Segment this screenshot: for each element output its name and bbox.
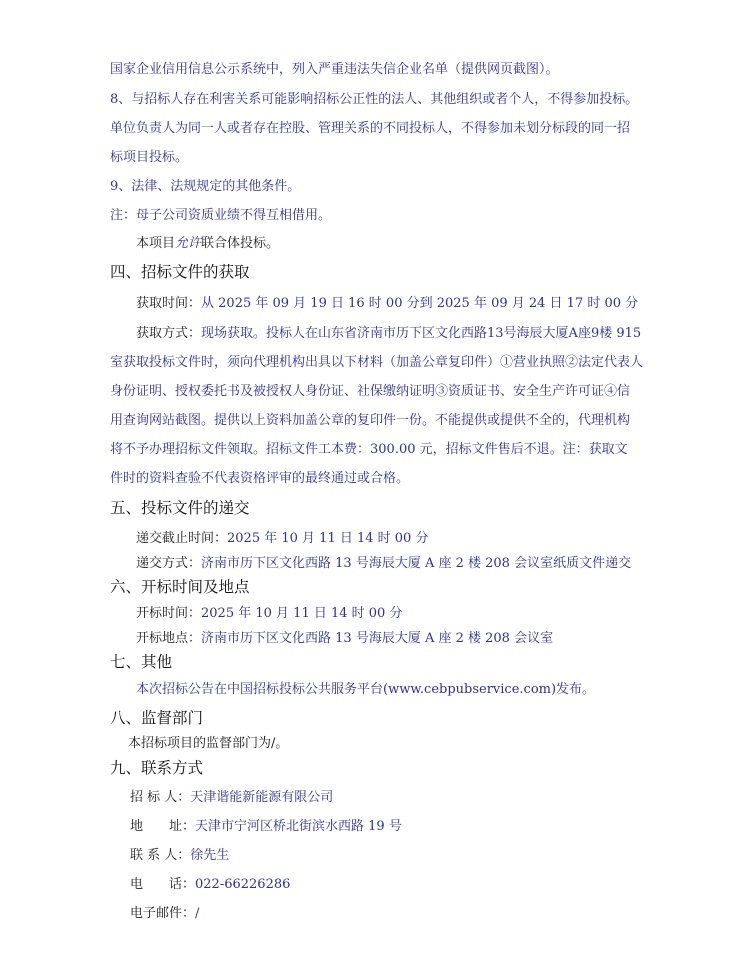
section-5-title: 五、投标文件的递交 (110, 498, 250, 518)
acquire-time: 获取时间：从 2025 年 09 月 19 日 16 时 00 分到 2025 … (136, 296, 638, 312)
acquire-method-line-2: 室获取投标文件时，须向代理机构出具以下材料（加盖公章复印件）①营业执照②法定代表… (110, 355, 643, 371)
note-line: 注：母子公司资质业绩不得互相借用。 (110, 208, 331, 224)
contact-person: 联 系 人：徐先生 (130, 848, 229, 864)
consortium-prefix: 本项目 (136, 236, 175, 251)
contact-value: 徐先生 (190, 848, 229, 863)
opening-place-value: 济南市历下区文化西路 13 号海辰大厦 A 座 2 楼 208 会议室 (201, 631, 553, 646)
opening-place: 开标地点：济南市历下区文化西路 13 号海辰大厦 A 座 2 楼 208 会议室 (136, 631, 553, 647)
contact-tenderer: 招 标 人：天津谐能新能源有限公司 (130, 790, 333, 806)
contact-value: / (195, 906, 199, 921)
publication-notice: 本次招标公告在中国招标投标公共服务平台(www.cebpubservice.co… (136, 682, 595, 698)
contact-value: 022-66226286 (195, 877, 290, 892)
contact-label: 联 系 人： (130, 848, 190, 863)
submit-method-label: 递交方式： (136, 556, 201, 571)
item-8-line-1: 8、与招标人存在利害关系可能影响招标公正性的法人、其他组织或者个人，不得参加投标… (110, 92, 638, 108)
contact-label: 地 址： (130, 819, 195, 834)
acquire-method-line-6: 件时的资料查验不代表资格评审的最终通过或合格。 (110, 471, 409, 487)
acquire-method-label: 获取方式： (136, 326, 201, 341)
section-6-title: 六、开标时间及地点 (110, 577, 250, 597)
acquire-method-line-4: 用查询网站截图。提供以上资料加盖公章的复印件一份。不能提供或提供不全的，代理机构 (110, 413, 630, 429)
opening-place-label: 开标地点： (136, 631, 201, 646)
opening-time: 开标时间：2025 年 10 月 11 日 14 时 00 分 (136, 606, 402, 622)
consortium-suffix: 联合体投标。 (201, 236, 279, 251)
intro-line: 国家企业信用信息公示系统中，列入严重违法失信企业名单（提供网页截图）。 (110, 62, 559, 78)
opening-time-value: 2025 年 10 月 11 日 14 时 00 分 (201, 606, 402, 621)
contact-label: 电 话： (130, 877, 195, 892)
contact-label: 招 标 人： (130, 790, 190, 805)
acquire-method-text: 现场获取。投标人在山东省济南市历下区文化西路13号海辰大厦A座9楼 915 (201, 326, 641, 341)
acquire-method-line-5: 将不予办理招标文件领取。招标文件工本费：300.00 元，招标文件售后不退。注：… (110, 442, 628, 458)
submit-method-value: 济南市历下区文化西路 13 号海辰大厦 A 座 2 楼 208 会议室纸质文件递… (201, 556, 631, 571)
supervision-text: 本招标项目的监督部门为/。 (128, 736, 288, 752)
opening-time-label: 开标时间： (136, 606, 201, 621)
contact-value: 天津市宁河区桥北街滨水西路 19 号 (195, 819, 402, 834)
contact-value: 天津谐能新能源有限公司 (190, 790, 333, 805)
acquire-time-label: 获取时间： (136, 296, 201, 311)
consortium-value: 允许 (175, 236, 201, 251)
consortium-line: 本项目允许联合体投标。 (136, 236, 279, 252)
submit-method: 递交方式：济南市历下区文化西路 13 号海辰大厦 A 座 2 楼 208 会议室… (136, 556, 631, 572)
contact-email: 电子邮件：/ (130, 906, 199, 922)
submit-deadline: 递交截止时间：2025 年 10 月 11 日 14 时 00 分 (136, 531, 428, 547)
acquire-method-line-1: 获取方式：现场获取。投标人在山东省济南市历下区文化西路13号海辰大厦A座9楼 9… (136, 326, 641, 342)
section-8-title: 八、监督部门 (110, 708, 203, 728)
section-4-title: 四、招标文件的获取 (110, 262, 250, 282)
submit-deadline-value: 2025 年 10 月 11 日 14 时 00 分 (227, 531, 428, 546)
submit-deadline-label: 递交截止时间： (136, 531, 227, 546)
section-7-title: 七、其他 (110, 652, 172, 672)
item-8-line-2: 单位负责人为同一人或者存在控股、管理关系的不同投标人，不得参加未划分标段的同一招 (110, 121, 630, 137)
acquire-time-value: 从 2025 年 09 月 19 日 16 时 00 分到 2025 年 09 … (201, 296, 638, 311)
contact-phone: 电 话：022-66226286 (130, 877, 290, 893)
acquire-method-line-3: 身份证明、授权委托书及被授权人身份证、社保缴纳证明③资质证书、安全生产许可证④信 (110, 384, 630, 400)
item-9: 9、法律、法规规定的其他条件。 (110, 179, 300, 195)
contact-address: 地 址：天津市宁河区桥北街滨水西路 19 号 (130, 819, 402, 835)
contact-label: 电子邮件： (130, 906, 195, 921)
item-8-line-3: 标项目投标。 (110, 150, 188, 166)
section-9-title: 九、联系方式 (110, 758, 203, 778)
